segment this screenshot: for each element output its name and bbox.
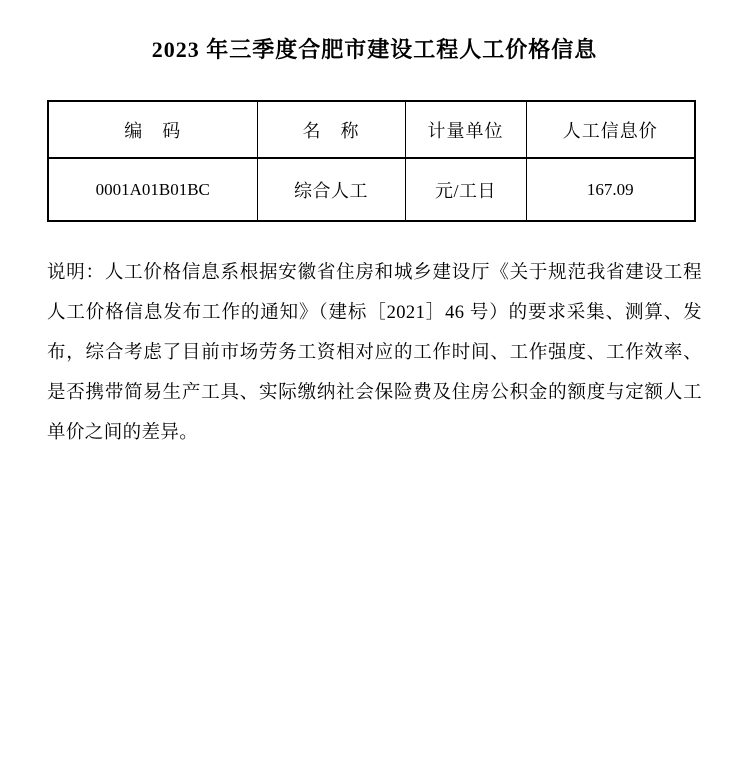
document-page: 2023 年三季度合肥市建设工程人工价格信息 编 码 名 称 计量单位 人工信息… [0, 0, 749, 779]
cell-unit: 元/工日 [405, 158, 526, 221]
cell-code: 0001A01B01BC [48, 158, 257, 221]
table-header-row: 编 码 名 称 计量单位 人工信息价 [48, 101, 695, 158]
table-row: 0001A01B01BC 综合人工 元/工日 167.09 [48, 158, 695, 221]
column-header-code: 编 码 [48, 101, 257, 158]
column-header-price: 人工信息价 [526, 101, 695, 158]
column-header-unit: 计量单位 [405, 101, 526, 158]
table-body: 0001A01B01BC 综合人工 元/工日 167.09 [48, 158, 695, 221]
note-paragraph: 说明：人工价格信息系根据安徽省住房和城乡建设厅《关于规范我省建设工程人工价格信息… [47, 253, 702, 453]
cell-price: 167.09 [526, 158, 695, 221]
page-title: 2023 年三季度合肥市建设工程人工价格信息 [0, 36, 749, 64]
table-head: 编 码 名 称 计量单位 人工信息价 [48, 101, 695, 158]
column-header-name: 名 称 [257, 101, 405, 158]
labor-price-table: 编 码 名 称 计量单位 人工信息价 0001A01B01BC 综合人工 元/工… [47, 100, 696, 222]
cell-name: 综合人工 [257, 158, 405, 221]
